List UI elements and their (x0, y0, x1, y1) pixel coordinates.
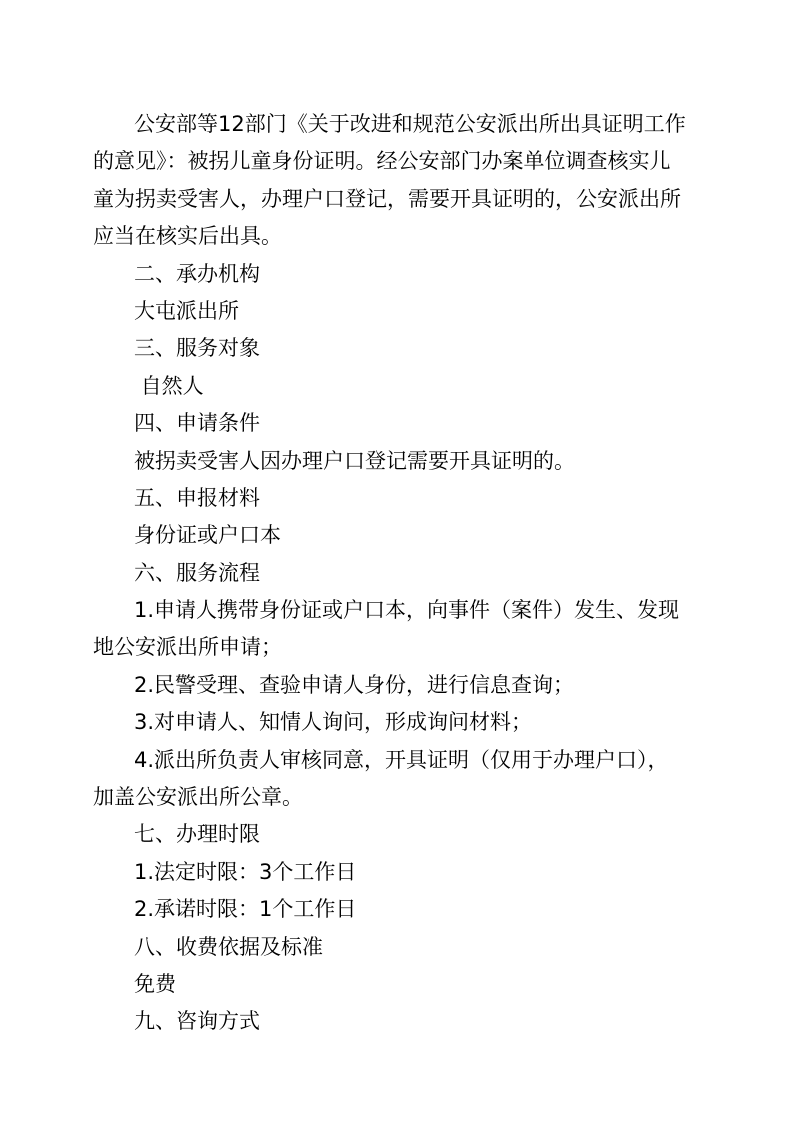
text-line: 四、申请条件 (93, 405, 705, 442)
text-line: 4.派出所负责人审核同意，开具证明（仅用于办理户口）， (93, 742, 705, 779)
paragraph: 1.申请人携带身份证或户口本，向事件（案件）发生、发现地公安派出所申请； (93, 592, 705, 667)
text-line: 自然人 (93, 368, 705, 405)
text-line: 三、服务对象 (93, 330, 705, 367)
text-line: 免费 (93, 966, 705, 1003)
text-line: 二、承办机构 (93, 256, 705, 293)
text-line: 大屯派出所 (93, 293, 705, 330)
text-line: 的意见》：被拐儿童身份证明。经公安部门办案单位调查核实儿 (93, 143, 705, 180)
text-line: 九、咨询方式 (93, 1003, 705, 1040)
text-line: 童为拐卖受害人，办理户口登记，需要开具证明的，公安派出所 (93, 181, 705, 218)
text-line: 加盖公安派出所公章。 (93, 779, 705, 816)
text-line: 五、申报材料 (93, 480, 705, 517)
text-line: 3.对申请人、知情人询问，形成询问材料； (93, 704, 705, 741)
text-line: 1.法定时限：3个工作日 (93, 854, 705, 891)
text-line: 应当在核实后出具。 (93, 218, 705, 255)
section-heading: 六、服务流程 (93, 555, 705, 592)
text-line: 2.民警受理、查验申请人身份，进行信息查询； (93, 667, 705, 704)
text-line: 六、服务流程 (93, 555, 705, 592)
paragraph: 被拐卖受害人因办理户口登记需要开具证明的。 (93, 443, 705, 480)
text-line: 1.申请人携带身份证或户口本，向事件（案件）发生、发现 (93, 592, 705, 629)
document-content: 公安部等12部门《关于改进和规范公安派出所出具证明工作的意见》：被拐儿童身份证明… (93, 106, 705, 1041)
paragraph: 4.派出所负责人审核同意，开具证明（仅用于办理户口），加盖公安派出所公章。 (93, 742, 705, 817)
paragraph: 3.对申请人、知情人询问，形成询问材料； (93, 704, 705, 741)
paragraph: 2.承诺时限：1个工作日 (93, 891, 705, 928)
section-heading: 五、申报材料 (93, 480, 705, 517)
text-line: 八、收费依据及标准 (93, 929, 705, 966)
document-page: 公安部等12部门《关于改进和规范公安派出所出具证明工作的意见》：被拐儿童身份证明… (0, 0, 793, 1122)
text-line: 地公安派出所申请； (93, 629, 705, 666)
paragraph: 自然人 (93, 368, 705, 405)
section-heading: 八、收费依据及标准 (93, 929, 705, 966)
text-line: 七、办理时限 (93, 816, 705, 853)
section-heading: 七、办理时限 (93, 816, 705, 853)
paragraph: 免费 (93, 966, 705, 1003)
section-heading: 三、服务对象 (93, 330, 705, 367)
section-heading: 二、承办机构 (93, 256, 705, 293)
text-line: 2.承诺时限：1个工作日 (93, 891, 705, 928)
text-line: 公安部等12部门《关于改进和规范公安派出所出具证明工作 (93, 106, 705, 143)
paragraph: 身份证或户口本 (93, 517, 705, 554)
section-heading: 四、申请条件 (93, 405, 705, 442)
text-line: 被拐卖受害人因办理户口登记需要开具证明的。 (93, 443, 705, 480)
paragraph: 大屯派出所 (93, 293, 705, 330)
paragraph: 1.法定时限：3个工作日 (93, 854, 705, 891)
text-line: 身份证或户口本 (93, 517, 705, 554)
paragraph: 2.民警受理、查验申请人身份，进行信息查询； (93, 667, 705, 704)
section-heading: 九、咨询方式 (93, 1003, 705, 1040)
paragraph: 公安部等12部门《关于改进和规范公安派出所出具证明工作的意见》：被拐儿童身份证明… (93, 106, 705, 256)
